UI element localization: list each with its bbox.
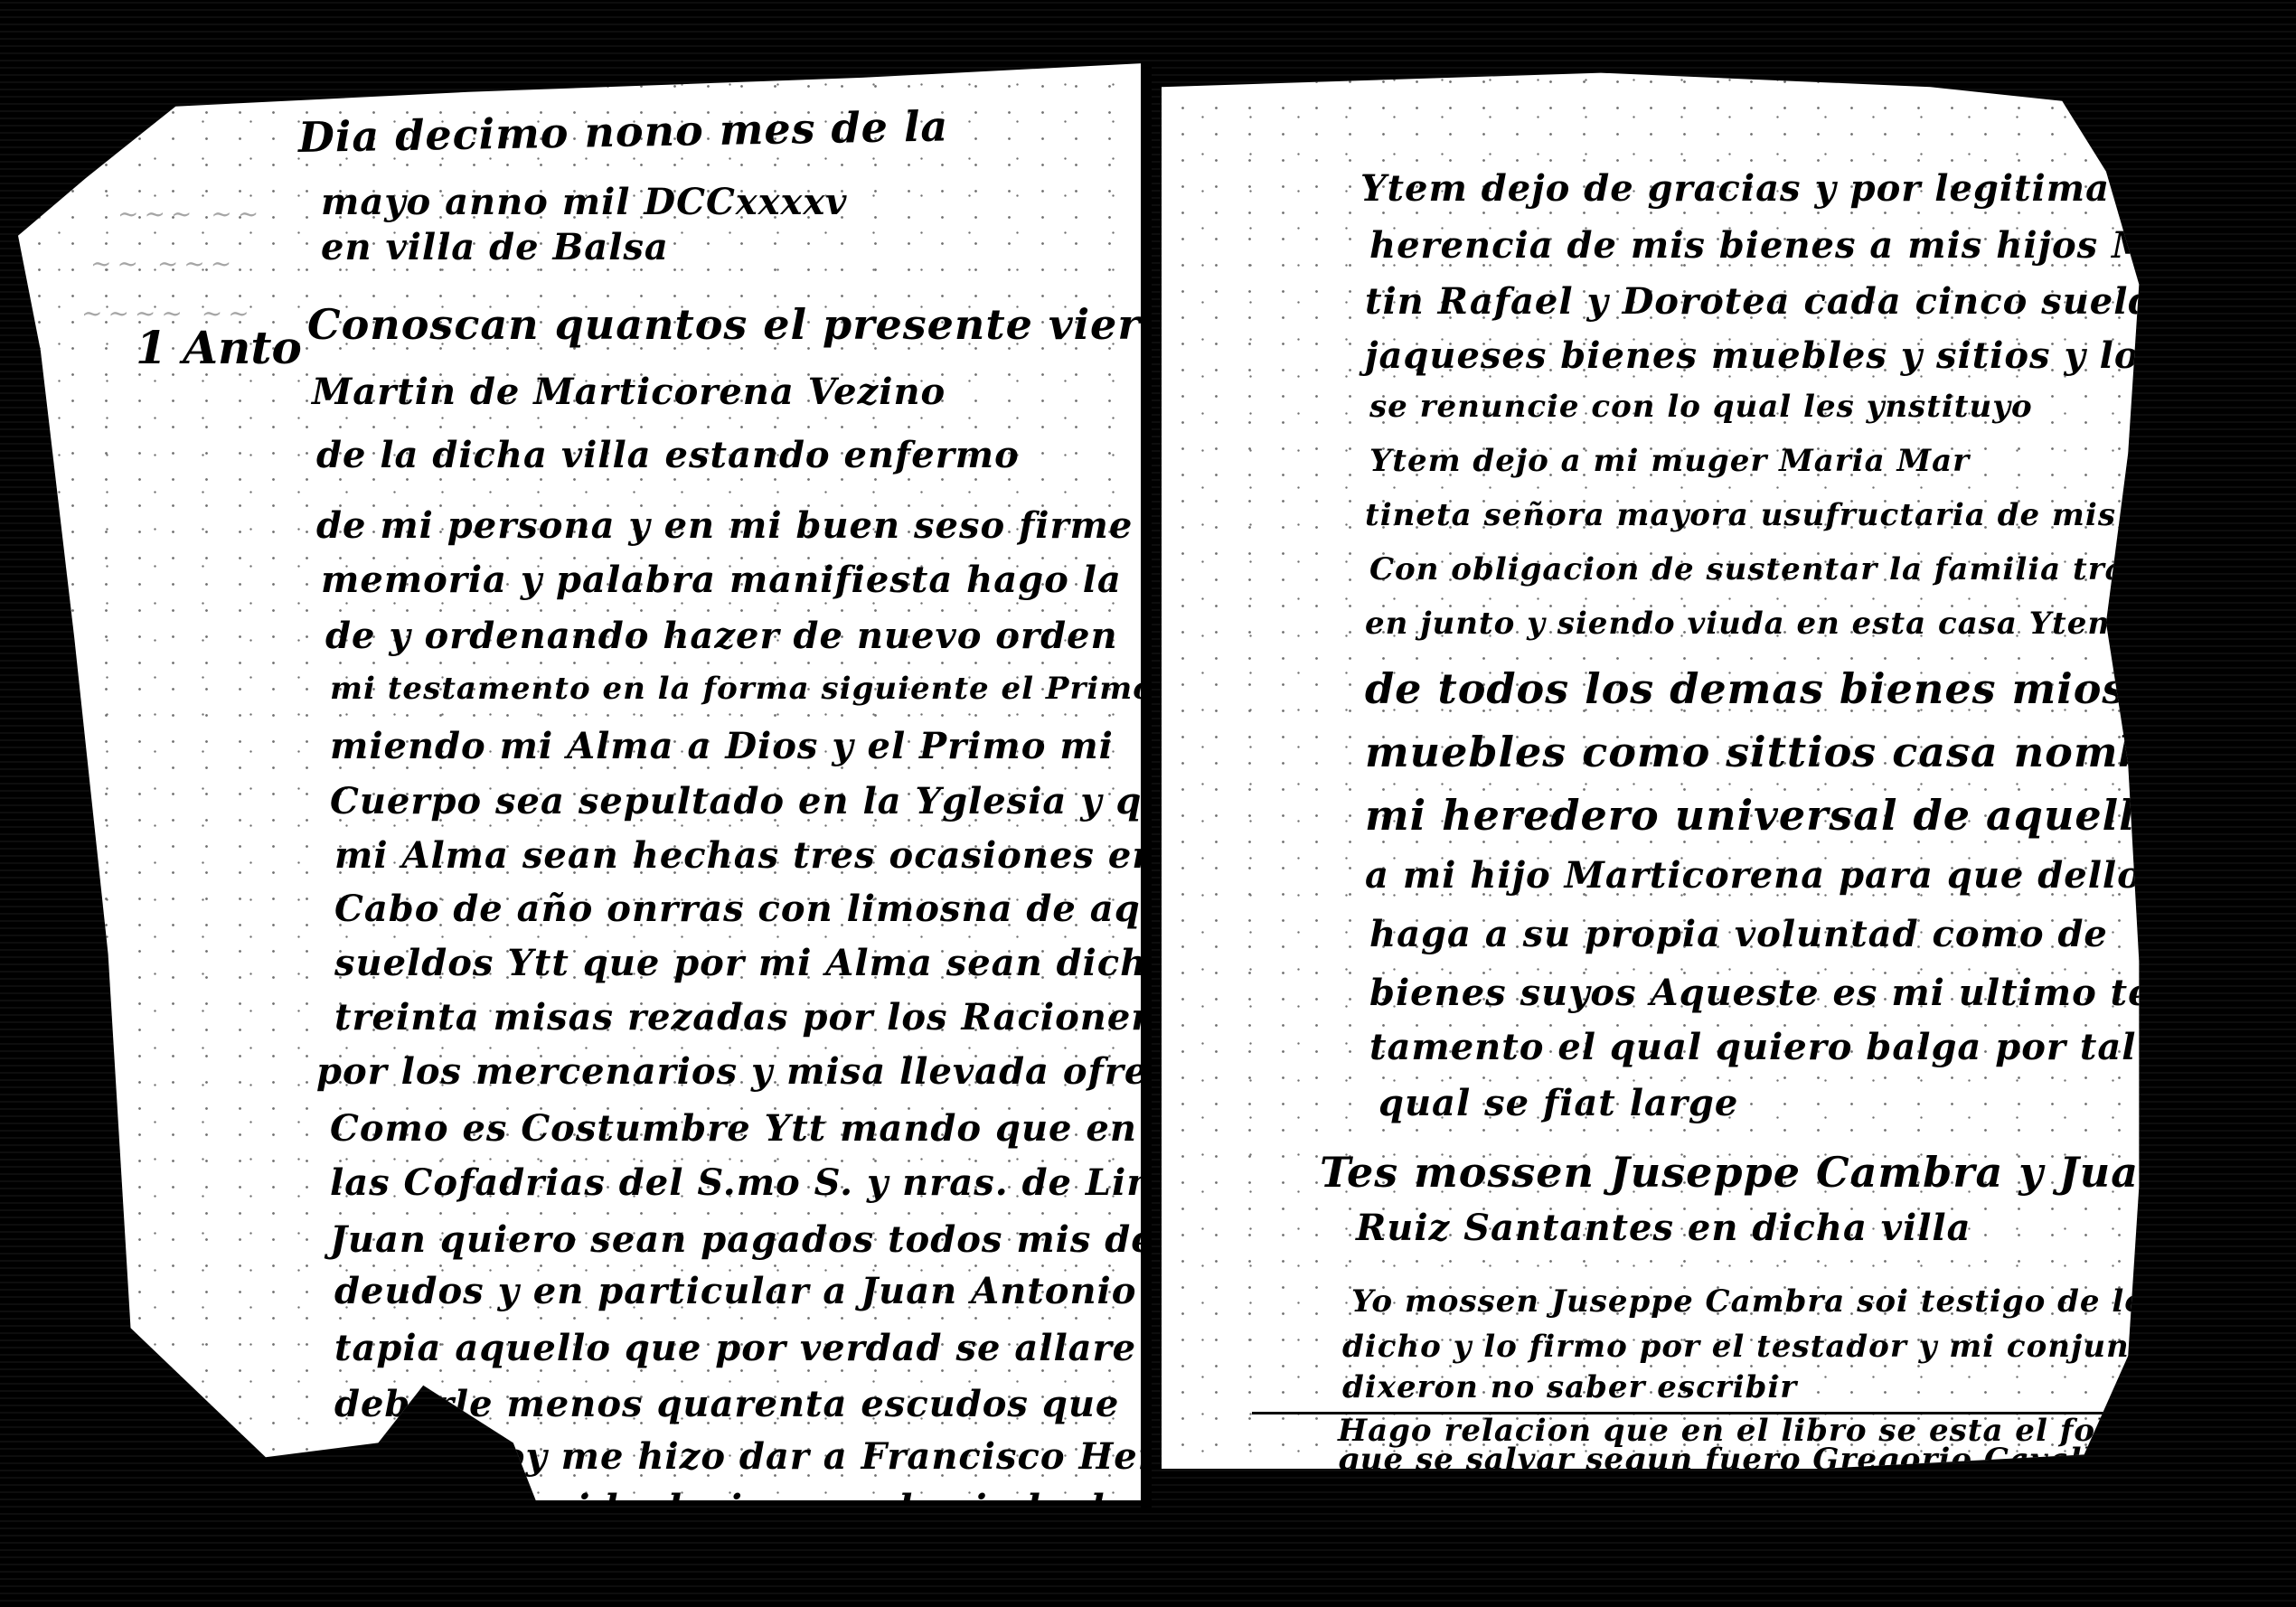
header-line: mayo anno mil DCCxxxxv: [321, 181, 847, 223]
text-line: qual se fiat large: [1379, 1082, 1738, 1124]
text-line: mi heredero universal de aquellos: [1365, 791, 2188, 840]
witness-line: Ruiz Santantes en dicha villa: [1356, 1207, 1971, 1249]
text-line: Cuerpo sea sepultado en la Yglesia y q.: [330, 780, 1143, 822]
text-line: tapia aquello que por verdad se allare: [334, 1327, 1136, 1369]
text-line: de mi persona y en mi buen seso firme: [316, 504, 1133, 547]
text-line: haga a su propia voluntad como de: [1369, 913, 2108, 955]
text-line: de y ordenando hazer de nuevo orden: [325, 615, 1118, 657]
text-line: tin Rafael y Dorotea cada cinco sueldos: [1365, 280, 2201, 323]
text-line: memoria y palabra manifiesta hago la: [321, 559, 1122, 601]
text-line: miendo mi Alma a Dios y el Primo mi: [330, 725, 1114, 767]
text-line: deudos y en particular a Juan Antonio de: [334, 1270, 1143, 1312]
text-line: jaqueses bienes muebles y sitios y lo: [1365, 334, 2140, 377]
witness-line: Tes mossen Juseppe Cambra y Juan: [1320, 1148, 2170, 1197]
right-page: Ytem dejo de gracias y por legitima here…: [1162, 59, 2260, 1469]
header-line: en villa de Balsa: [321, 226, 669, 268]
attestation-line: dixeron no saber escribir: [1342, 1369, 1797, 1405]
attestation-line: dicho y lo firmo por el testador y mi co…: [1342, 1329, 2243, 1365]
text-line: mi Alma sean hechas tres ocasiones entie…: [334, 834, 1143, 877]
text-line: mi testamento en la forma siguiente el P…: [330, 671, 1143, 707]
text-line: Ytem dejo de gracias y por legitima: [1360, 167, 2110, 210]
text-line: herencia de mis bienes a mis hijos Mar: [1369, 224, 2197, 267]
text-line: treinta misas rezadas por los Racioneros…: [334, 996, 1143, 1038]
text-line: en junto y siendo viuda en esta casa Yte…: [1365, 606, 2121, 642]
text-line: de todos los demas bienes mios assi: [1365, 664, 2235, 713]
left-page: ~~~ ~~ ~~ ~~~ ~~~~ ~~ 1 Anto Dia decimo …: [18, 63, 1143, 1500]
attestation-line: Yo mossen Juseppe Cambra soi testigo de …: [1351, 1283, 2257, 1320]
text-line: bienes suyos Aqueste es mi ultimo tes: [1369, 972, 2173, 1014]
text-line: Juan quiero sean pagados todos mis deu: [330, 1218, 1143, 1261]
text-line: Ytem dejo a mi muger Maria Mar: [1369, 443, 1970, 479]
header-line: Dia decimo nono mes de la: [298, 101, 949, 162]
text-line: Como es Costumbre Ytt mando que en: [330, 1107, 1137, 1150]
text-line: se renuncie con lo qual les ynstituyo: [1369, 389, 2033, 425]
text-line: de la dicha villa estando enfermo: [316, 434, 1020, 476]
faded-margin-text: ~~ ~~~: [90, 249, 237, 278]
text-line: por los mercenarios y misa llevada ofren…: [316, 1050, 1143, 1093]
text-line: muebles como sittios casa nombro: [1365, 728, 2200, 776]
text-line: Con obligacion de sustentar la familia t…: [1369, 551, 2202, 587]
text-line: Conoscan quantos el presente vieren como…: [307, 300, 1143, 349]
margin-note: 1 Anto: [136, 321, 302, 374]
text-line: Martin de Marticorena Vezino: [312, 371, 946, 413]
book-spine: [1141, 63, 1152, 1509]
faded-margin-text: ~~~ ~~: [118, 199, 264, 229]
text-line: sueldos Ytt que por mi Alma sean dichas: [334, 942, 1143, 984]
text-line: las Cofadrias del S.mo S. y nras. de Lin…: [330, 1161, 1143, 1204]
text-line: Cabo de año onrras con limosna de aquell…: [334, 888, 1143, 930]
text-line: a mi hijo Marticorena para que dellos: [1365, 854, 2163, 897]
text-line: tineta señora mayora usufructaria de mis: [1365, 497, 2116, 533]
text-line: tamento el qual quiero balga por tal y a…: [1369, 1026, 2260, 1068]
